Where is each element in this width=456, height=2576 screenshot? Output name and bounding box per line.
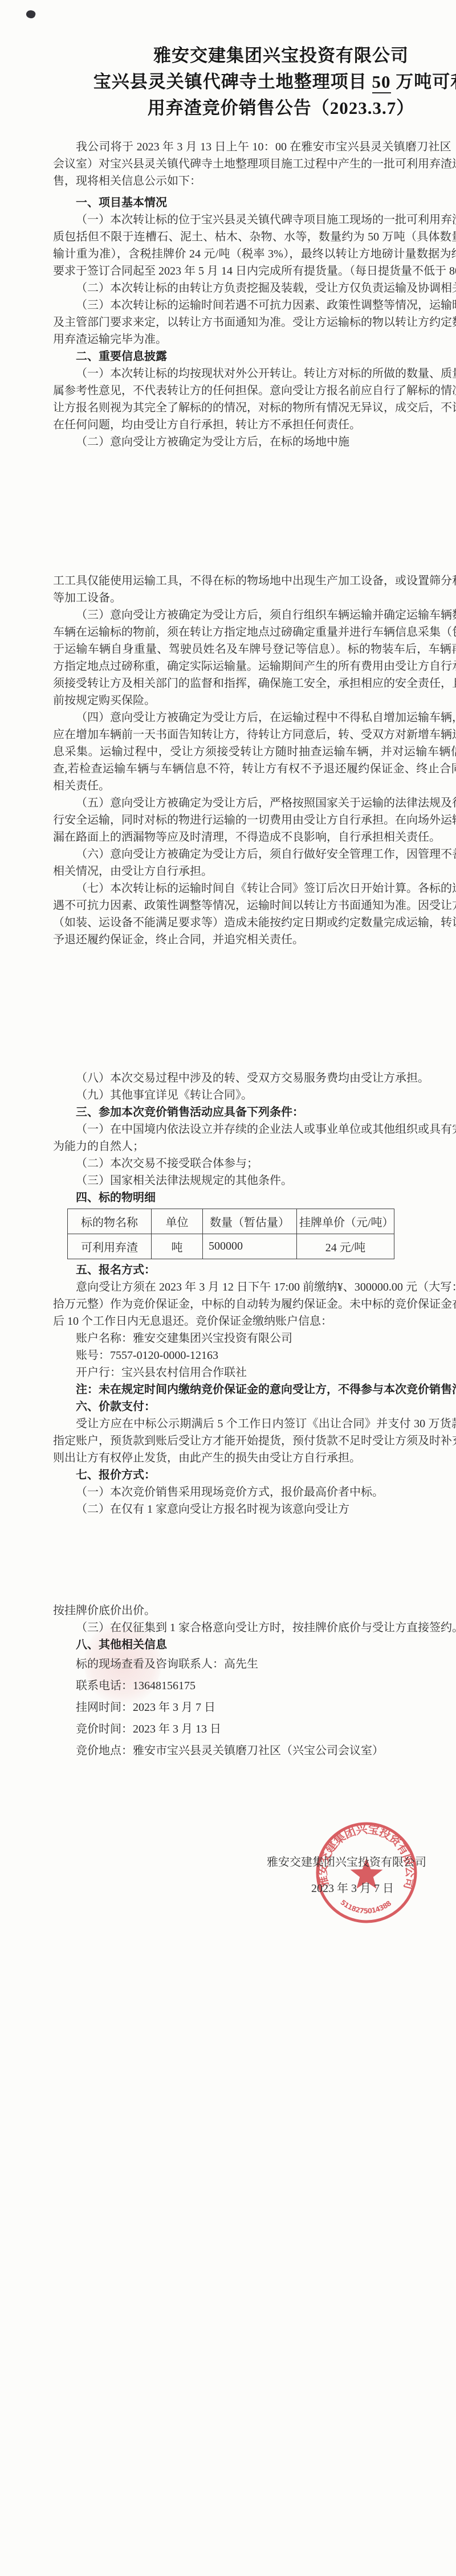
section-1-para-1: （一）本次转让标的位于宝兴县灵关镇代碑寺项目施工现场的一批可利用弃渣，所含物质包…: [53, 211, 456, 280]
deposit-account-name: 账户名称：雅安交建集团兴宝投资有限公司: [53, 1330, 456, 1347]
section-2-para-7: （七）本次转让标的运输时间自《转让合同》签订后次日开始计算。各标的运输时间若遇不…: [53, 880, 456, 948]
section-2-para-2-part2: 工工具仅能使用运输工具，不得在标的物场地中出现生产加工设备，或设置筛分和洗选机具…: [53, 572, 456, 607]
title-line-notice: 用弃渣竞价销售公告（2023.3.7）: [53, 95, 456, 121]
intro-paragraph: 我公司将于 2023 年 3 月 13 日上午 10：00 在雅安市宝兴县灵关镇…: [53, 138, 456, 190]
section-2-para-3: （三）意向受让方被确定为受让方后，须自行组织车辆运输并确定运输车辆数量。运输车辆…: [53, 607, 456, 709]
title-line-project: 宝兴县灵关镇代碑寺土地整理项目 50 万吨可利: [53, 69, 456, 95]
signature-date: 2023 年 3 月 7 日: [311, 1880, 394, 1897]
page-break-1: [53, 451, 456, 572]
section-8-heading: 八、其他相关信息: [53, 1636, 456, 1653]
section-5-para-1: 意向受让方须在 2023 年 3 月 12 日下午 17:00 前缴纳¥、300…: [53, 1279, 456, 1330]
deposit-note: 注：未在规定时间内缴纳竞价保证金的意向受让方，不得参与本次竞价销售活动。: [53, 1381, 456, 1398]
section-3-para-3: （三）国家相关法律法规规定的其他条件。: [53, 1172, 456, 1189]
section-3-para-2: （二）本次交易不接受联合体参与；: [53, 1155, 456, 1172]
title-line-company: 雅安交建集团兴宝投资有限公司: [53, 43, 456, 69]
table-header-row: 标的物名称 单位 数量（暂估量） 挂牌单价（元/吨）: [68, 1209, 394, 1234]
section-4-heading: 四、标的物明细: [53, 1189, 456, 1206]
section-5-heading: 五、报名方式：: [53, 1262, 456, 1279]
table-cell-price: 24 元/吨: [297, 1234, 394, 1259]
document-title: 雅安交建集团兴宝投资有限公司 宝兴县灵关镇代碑寺土地整理项目 50 万吨可利 用…: [53, 43, 456, 121]
table-cell-quantity: 500000: [203, 1234, 297, 1259]
table-header-unit: 单位: [152, 1209, 203, 1234]
svg-text:5118275014388: 5118275014388: [339, 1898, 394, 1915]
section-2-para-9: （九）其他事宜详见《转让合同》。: [53, 1087, 456, 1104]
table-row: 可利用弃渣 吨 500000 24 元/吨: [68, 1234, 394, 1259]
bidding-place-line: 竞价地点：雅安市宝兴县灵关镇磨刀社区（兴宝公司会议室）: [53, 1740, 456, 1762]
table-header-name: 标的物名称: [68, 1209, 152, 1234]
section-6-para-1: 受让方应在中标公示期满后 5 个工作日内签订《出让合同》并支付 30 万货款至转…: [53, 1415, 456, 1467]
deposit-bank: 开户行：宝兴县农村信用合作联社: [53, 1364, 456, 1381]
section-3-para-1: （一）在中国境内依法设立并存续的企业法人或事业单位或其他组织或具有完全民事行为能…: [53, 1121, 456, 1155]
section-1-heading: 一、项目基本情况: [53, 194, 456, 211]
contact-phone-line: 联系电话：13648156175: [53, 1675, 456, 1697]
table-header-quantity: 数量（暂估量）: [203, 1209, 297, 1234]
section-7-heading: 七、报价方式：: [53, 1467, 456, 1484]
page-break-2: [53, 948, 456, 1070]
company-seal-stamp: 雅安交建集团兴宝投资有限公司 5118275014388: [312, 1819, 421, 1927]
title-quantity-underlined: 50: [372, 72, 391, 93]
signature-area: 雅安交建集团兴宝投资有限公司 5118275014388 雅安交建集团兴宝投资有…: [53, 1819, 456, 1950]
title-project-text: 宝兴县灵关镇代碑寺土地整理项目: [93, 72, 372, 92]
section-3-heading: 三、参加本次竞价销售活动应具备下列条件：: [53, 1104, 456, 1121]
publish-date-line: 挂网时间：2023 年 3 月 7 日: [53, 1697, 456, 1718]
deposit-account-number: 账号：7557-0120-0000-12163: [53, 1347, 456, 1364]
section-7-para-2-part1: （二）在仅有 1 家意向受让方报名时视为该意向受让方: [53, 1501, 456, 1518]
table-header-price: 挂牌单价（元/吨）: [297, 1209, 394, 1234]
section-2-para-1: （一）本次转让标的均按现状对外公开转让。转让方对标的所做的数量、质量等数据均属参…: [53, 365, 456, 433]
table-cell-unit: 吨: [152, 1234, 203, 1259]
section-7-para-1: （一）本次竞价销售采用现场竞价方式，报价最高价者中标。: [53, 1484, 456, 1501]
section-2-heading: 二、重要信息披露: [53, 348, 456, 365]
document-body: 雅安交建集团兴宝投资有限公司 宝兴县灵关镇代碑寺土地整理项目 50 万吨可利 用…: [0, 0, 456, 1950]
signature-company-name: 雅安交建集团兴宝投资有限公司: [267, 1854, 426, 1871]
site-contact-line: 标的现场查看及咨询联系人：高先生: [53, 1653, 456, 1675]
section-7-para-3: （三）在仅征集到 1 家合格意向受让方时，按挂牌价底价与受让方直接签约。: [53, 1619, 456, 1636]
section-1-para-3: （三）本次转让标的运输时间若遇不可抗力因素、政策性调整等情况，运输时间视情况及主…: [53, 297, 456, 348]
table-cell-name: 可利用弃渣: [68, 1234, 152, 1259]
title-project-text-tail: 万吨可利: [391, 72, 456, 92]
section-2-para-8: （八）本次交易过程中涉及的转、受双方交易服务费均由受让方承担。: [53, 1070, 456, 1087]
section-2-para-5: （五）意向受让方被确定为受让方后，严格按照国家关于运输的法律法规及行业规定进行安…: [53, 794, 456, 846]
section-2-para-4: （四）意向受让方被确定为受让方后，在运输过程中不得私自增加运输车辆，如需增加应在…: [53, 709, 456, 794]
page-break-3: [53, 1518, 456, 1602]
subject-matter-table: 标的物名称 单位 数量（暂估量） 挂牌单价（元/吨） 可利用弃渣 吨 50000…: [67, 1209, 394, 1259]
seal-code-text: 5118275014388: [339, 1898, 394, 1915]
bidding-date-line: 竞价时间：2023 年 3 月 13 日: [53, 1718, 456, 1740]
scanned-announcement-document: 雅安交建集团兴宝投资有限公司 宝兴县灵关镇代碑寺土地整理项目 50 万吨可利 用…: [0, 0, 456, 2576]
section-7-para-2-part2: 按挂牌价底价出价。: [53, 1602, 456, 1619]
section-2-para-2-part1: （二）意向受让方被确定为受让方后，在标的场地中施: [53, 433, 456, 451]
section-1-para-2: （二）本次转让标的由转让方负责挖掘及装载，受让方仅负责运输及协调相关事宜。: [53, 280, 456, 297]
section-2-para-6: （六）意向受让方被确定为受让方后，须自行做好安全管理工作，因管理不善、丢失等相关…: [53, 846, 456, 880]
section-6-heading: 六、价款支付：: [53, 1398, 456, 1415]
